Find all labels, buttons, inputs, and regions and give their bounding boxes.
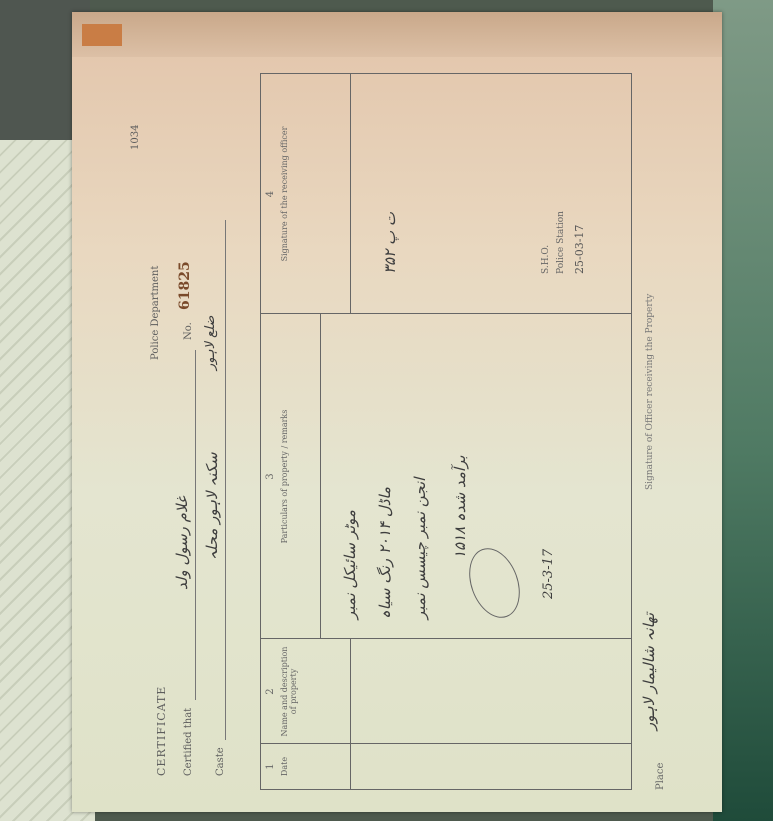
- column-2: 2 Name and description of property: [261, 638, 631, 744]
- number-label: No.: [183, 322, 194, 340]
- certified-handwriting: غلام رسول ولد: [173, 496, 191, 590]
- footer-note: Signature of Officer receiving the Prope…: [645, 294, 655, 490]
- footer-signature: تھانہ شالیمار لاہور: [640, 613, 658, 730]
- entry-line: ماڈل ۲۰۱۴ رنگ سیاہ: [376, 487, 394, 619]
- column-header: 3 Particulars of property / remarks: [261, 314, 321, 639]
- department-label: Police Department: [150, 266, 161, 360]
- certified-line: [195, 350, 196, 700]
- date-entry: 25-3-17: [541, 549, 556, 599]
- certified-label: Certified that: [183, 708, 194, 776]
- caste-label: Caste: [215, 747, 226, 776]
- column-header: 1 Date: [261, 744, 351, 789]
- entry-line: برآمد شدہ ۱۵۱۸: [451, 455, 469, 559]
- entry-line: ۳۵۲ ت پ: [381, 212, 399, 274]
- page-tab-marker: [82, 24, 122, 46]
- footer-place-label: Place: [655, 763, 666, 790]
- certificate-title: CERTIFICATE: [155, 686, 168, 776]
- certificate-number: 61825: [177, 261, 193, 310]
- stamp-line: Police Station: [556, 211, 566, 274]
- property-table: 1 Date 2 Name and description of propert…: [260, 73, 632, 790]
- district-handwriting: ضلع لاہور: [203, 316, 218, 370]
- column-4: 4 Signature of the receiving officer ۳۵۲…: [261, 74, 631, 314]
- column-header: 4 Signature of the receiving officer: [261, 74, 351, 314]
- caste-handwriting: سکنہ لاہور محلہ: [203, 452, 221, 560]
- caste-line: [225, 220, 226, 740]
- stamp-line: S.H.O.: [541, 245, 551, 274]
- column-1: 1 Date: [261, 743, 631, 789]
- entry-line: انجن نمبر چیسس نمبر: [411, 478, 429, 619]
- column-header: 2 Name and description of property: [261, 639, 351, 744]
- entry-line: موٹر سائیکل نمبر: [341, 510, 359, 619]
- stamp-date: 25-03-17: [573, 225, 586, 274]
- certificate-form: CERTIFICATE 1034 Police Department No. 6…: [95, 65, 725, 790]
- serial-number: 1034: [130, 125, 141, 150]
- oval-stamp: [460, 541, 529, 625]
- page-top-binding: [72, 12, 722, 57]
- column-3: 3 Particulars of property / remarks موٹر…: [261, 313, 631, 639]
